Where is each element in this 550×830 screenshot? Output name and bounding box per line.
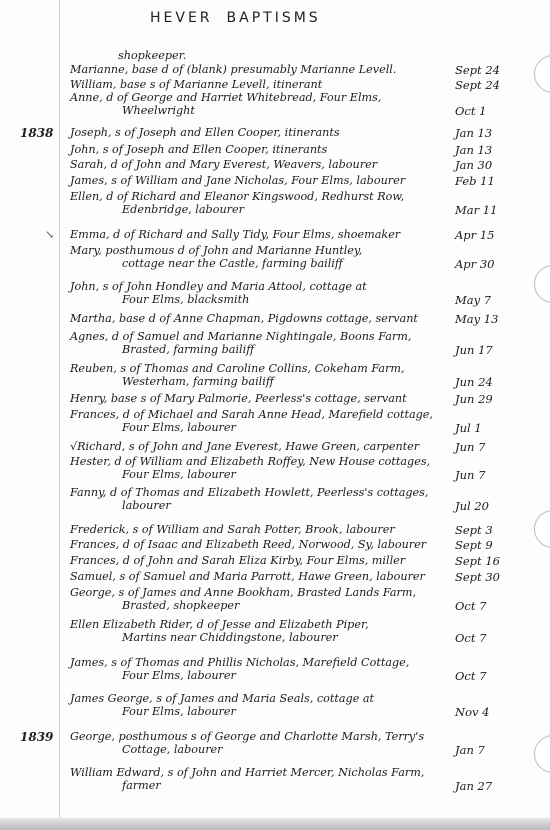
baptism-entry: √Richard, s of John and Jane Everest, Ha… xyxy=(70,440,450,453)
baptism-entry: William Edward, s of John and Harriet Me… xyxy=(70,766,450,792)
baptism-date: Mar 11 xyxy=(455,203,525,217)
baptism-entry: Emma, d of Richard and Sally Tidy, Four … xyxy=(70,228,450,241)
baptism-date: Oct 1 xyxy=(455,104,525,118)
baptism-date: Jan 13 xyxy=(455,126,525,140)
baptism-entry: Frances, d of Michael and Sarah Anne Hea… xyxy=(70,408,450,434)
title-word: BAPTISMS xyxy=(227,10,321,26)
punch-hole xyxy=(534,265,550,303)
entry-text: Samuel, s of Samuel and Maria Parrott, H… xyxy=(70,570,425,583)
baptism-date: Oct 7 xyxy=(455,669,525,683)
baptism-date: Jul 20 xyxy=(455,499,525,513)
entry-continuation: cottage near the Castle, farming bailiff xyxy=(70,257,450,270)
baptism-date: Sept 24 xyxy=(455,63,525,77)
baptism-entry: Joseph, s of Joseph and Ellen Cooper, it… xyxy=(70,126,450,139)
baptism-entry: Fanny, d of Thomas and Elizabeth Howlett… xyxy=(70,486,450,512)
baptism-entry: Martha, base d of Anne Chapman, Pigdowns… xyxy=(70,312,450,325)
entry-text: Marianne, base d of (blank) presumably M… xyxy=(70,63,396,76)
entry-continuation: Four Elms, labourer xyxy=(70,705,450,718)
baptism-date: May 13 xyxy=(455,312,525,326)
entry-continuation: Four Elms, labourer xyxy=(70,421,450,434)
baptism-date: May 7 xyxy=(455,293,525,307)
baptism-entry: Mary, posthumous d of John and Marianne … xyxy=(70,244,450,270)
entry-text: Mary, posthumous d of John and Marianne … xyxy=(70,244,362,257)
baptism-date: Jun 29 xyxy=(455,392,525,406)
baptism-date: Sept 9 xyxy=(455,538,525,552)
entry-text: Anne, d of George and Harriet Whitebread… xyxy=(70,91,381,104)
entry-text: Joseph, s of Joseph and Ellen Cooper, it… xyxy=(70,126,340,139)
baptism-entry: Marianne, base d of (blank) presumably M… xyxy=(70,63,450,76)
baptism-date: Jan 30 xyxy=(455,158,525,172)
baptism-date: Jun 7 xyxy=(455,440,525,454)
entry-text: John, s of Joseph and Ellen Cooper, itin… xyxy=(70,143,327,156)
baptism-entry: William, base s of Marianne Levell, itin… xyxy=(70,78,450,91)
baptism-entry: James, s of William and Jane Nicholas, F… xyxy=(70,174,450,187)
baptism-date: Sept 24 xyxy=(455,78,525,92)
baptism-entry: George, s of James and Anne Bookham, Bra… xyxy=(70,586,450,612)
entry-text: James, s of Thomas and Phillis Nicholas,… xyxy=(70,656,409,669)
margin-mark: ↘ xyxy=(45,228,54,241)
baptism-entry: Frances, d of Isaac and Elizabeth Reed, … xyxy=(70,538,450,551)
entry-continuation: shopkeeper. xyxy=(118,49,498,62)
baptism-entry: Samuel, s of Samuel and Maria Parrott, H… xyxy=(70,570,450,583)
baptism-date: Apr 15 xyxy=(455,228,525,242)
entry-continuation: Four Elms, blacksmith xyxy=(70,293,450,306)
entry-text: Sarah, d of John and Mary Everest, Weave… xyxy=(70,158,377,171)
title-word: HEVER xyxy=(150,10,213,26)
baptism-entry: Anne, d of George and Harriet Whitebread… xyxy=(70,91,450,117)
baptism-date: Jan 13 xyxy=(455,143,525,157)
punch-hole xyxy=(534,55,550,93)
entry-text: Emma, d of Richard and Sally Tidy, Four … xyxy=(70,228,400,241)
entry-text: James, s of William and Jane Nicholas, F… xyxy=(70,174,405,187)
entry-continuation: Cottage, labourer xyxy=(70,743,450,756)
baptism-date: Jan 7 xyxy=(455,743,525,757)
baptism-entry: Hester, d of William and Elizabeth Roffe… xyxy=(70,455,450,481)
entry-text: William, base s of Marianne Levell, itin… xyxy=(70,78,322,91)
baptism-entry: George, posthumous s of George and Charl… xyxy=(70,730,450,756)
baptism-date: Oct 7 xyxy=(455,599,525,613)
entry-text: Ellen Elizabeth Rider, d of Jesse and El… xyxy=(70,618,369,631)
entry-text: Hester, d of William and Elizabeth Roffe… xyxy=(70,455,430,468)
entry-text: George, posthumous s of George and Charl… xyxy=(70,730,424,743)
margin-rule xyxy=(59,0,60,818)
baptism-date: Feb 11 xyxy=(455,174,525,188)
entry-text: Reuben, s of Thomas and Caroline Collins… xyxy=(70,362,405,375)
baptism-entry: John, s of Joseph and Ellen Cooper, itin… xyxy=(70,143,450,156)
punch-hole xyxy=(534,510,550,548)
entry-text: William Edward, s of John and Harriet Me… xyxy=(70,766,424,779)
baptism-entry: Ellen, d of Richard and Eleanor Kingswoo… xyxy=(70,190,450,216)
entry-continuation: Edenbridge, labourer xyxy=(70,203,450,216)
baptism-date: Jul 1 xyxy=(455,421,525,435)
baptism-entry: Frances, d of John and Sarah Eliza Kirby… xyxy=(70,554,450,567)
entry-text: Martha, base d of Anne Chapman, Pigdowns… xyxy=(70,312,418,325)
baptism-date: Sept 16 xyxy=(455,554,525,568)
baptism-entry: James, s of Thomas and Phillis Nicholas,… xyxy=(70,656,450,682)
entry-text: James George, s of James and Maria Seals… xyxy=(70,692,374,705)
entry-text: George, s of James and Anne Bookham, Bra… xyxy=(70,586,416,599)
entry-continuation: Four Elms, labourer xyxy=(70,669,450,682)
baptism-date: Sept 3 xyxy=(455,523,525,537)
year-label: 1839 xyxy=(20,730,53,744)
notebook-page: HEVERBAPTISMS shopkeeper.Marianne, base … xyxy=(0,0,550,830)
entry-text: Frances, d of John and Sarah Eliza Kirby… xyxy=(70,554,405,567)
punch-hole xyxy=(534,735,550,773)
entry-continuation: Brasted, farming bailiff xyxy=(70,343,450,356)
baptism-date: Jan 27 xyxy=(455,779,525,793)
entry-text: Frederick, s of William and Sarah Potter… xyxy=(70,523,395,536)
page-edge xyxy=(0,818,550,830)
baptism-date: Nov 4 xyxy=(455,705,525,719)
baptism-entry: Frederick, s of William and Sarah Potter… xyxy=(70,523,450,536)
page-title: HEVERBAPTISMS xyxy=(150,10,335,26)
entry-continuation: labourer xyxy=(70,499,450,512)
baptism-entry: James George, s of James and Maria Seals… xyxy=(70,692,450,718)
baptism-entry: Henry, base s of Mary Palmorie, Peerless… xyxy=(70,392,450,405)
entry-continuation: Martins near Chiddingstone, labourer xyxy=(70,631,450,644)
entry-continuation: Brasted, shopkeeper xyxy=(70,599,450,612)
entry-text: Agnes, d of Samuel and Marianne Nighting… xyxy=(70,330,411,343)
year-label: 1838 xyxy=(20,126,53,140)
baptism-date: Jun 7 xyxy=(455,468,525,482)
entry-text: Frances, d of Isaac and Elizabeth Reed, … xyxy=(70,538,426,551)
entry-text: Fanny, d of Thomas and Elizabeth Howlett… xyxy=(70,486,428,499)
entry-text: Henry, base s of Mary Palmorie, Peerless… xyxy=(70,392,407,405)
entry-continuation: Westerham, farming bailiff xyxy=(70,375,450,388)
entry-continuation: Wheelwright xyxy=(70,104,450,117)
baptism-entry: John, s of John Hondley and Maria Attool… xyxy=(70,280,450,306)
baptism-entry: Reuben, s of Thomas and Caroline Collins… xyxy=(70,362,450,388)
entry-text: √Richard, s of John and Jane Everest, Ha… xyxy=(70,440,419,453)
baptism-date: Jun 17 xyxy=(455,343,525,357)
baptism-date: Sept 30 xyxy=(455,570,525,584)
baptism-entry: Agnes, d of Samuel and Marianne Nighting… xyxy=(70,330,450,356)
baptism-entry: Sarah, d of John and Mary Everest, Weave… xyxy=(70,158,450,171)
baptism-date: Oct 7 xyxy=(455,631,525,645)
baptism-date: Apr 30 xyxy=(455,257,525,271)
entry-continuation: farmer xyxy=(70,779,450,792)
entry-continuation: Four Elms, labourer xyxy=(70,468,450,481)
baptism-entry: Ellen Elizabeth Rider, d of Jesse and El… xyxy=(70,618,450,644)
entry-text: John, s of John Hondley and Maria Attool… xyxy=(70,280,367,293)
entry-text: Ellen, d of Richard and Eleanor Kingswoo… xyxy=(70,190,404,203)
entry-text: Frances, d of Michael and Sarah Anne Hea… xyxy=(70,408,433,421)
baptism-date: Jun 24 xyxy=(455,375,525,389)
